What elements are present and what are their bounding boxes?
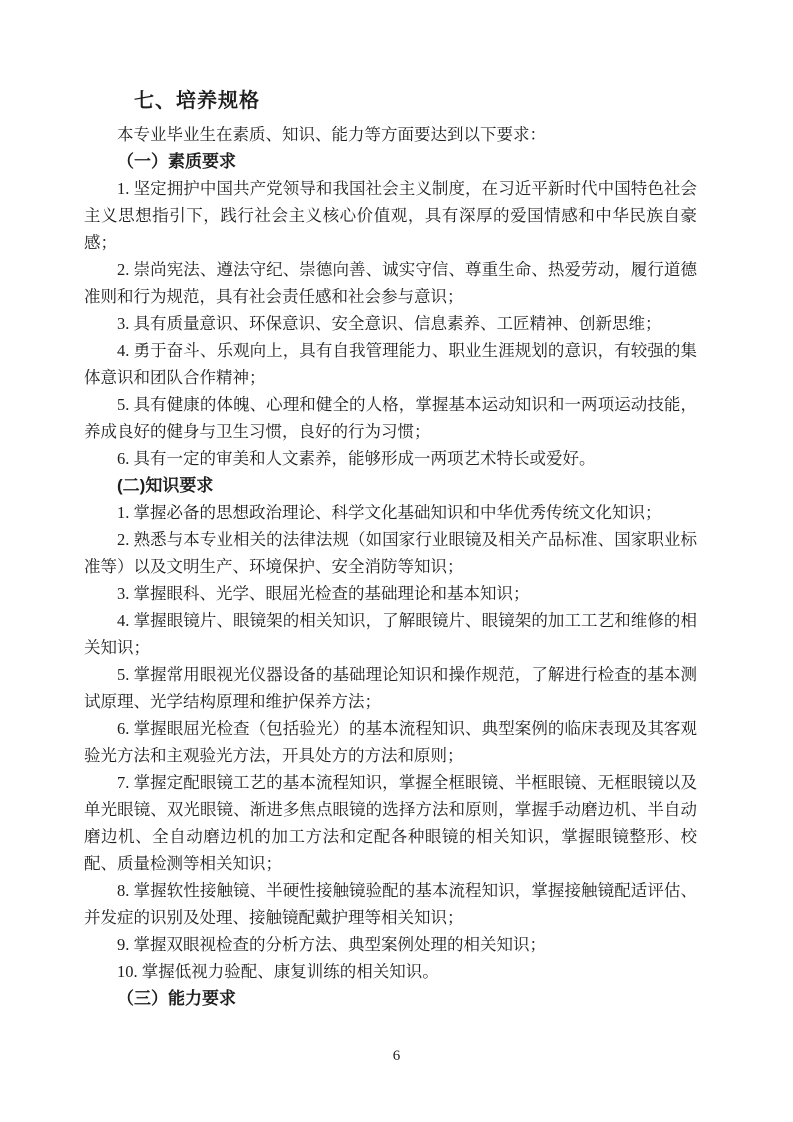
list-item: 1. 掌握必备的思想政治理论、科学文化基础知识和中华优秀传统文化知识； — [84, 499, 697, 526]
list-item: 10. 掌握低视力验配、康复训练的相关知识。 — [84, 958, 697, 985]
list-item: 6. 掌握眼屈光检查（包括验光）的基本流程知识、典型案例的临床表现及其客观验光方… — [84, 715, 697, 769]
intro-paragraph: 本专业毕业生在素质、知识、能力等方面要达到以下要求： — [84, 121, 697, 148]
list-item: 2. 崇尚宪法、遵法守纪、崇德向善、诚实守信、尊重生命、热爱劳动，履行道德准则和… — [84, 256, 697, 310]
section-heading-ability: （三）能力要求 — [84, 985, 697, 1012]
section-heading-knowledge: (二)知识要求 — [84, 472, 697, 499]
list-item: 9. 掌握双眼视检查的分析方法、典型案例处理的相关知识； — [84, 931, 697, 958]
list-item: 2. 熟悉与本专业相关的法律法规（如国家行业眼镜及相关产品标准、国家职业标准等）… — [84, 526, 697, 580]
list-item: 3. 具有质量意识、环保意识、安全意识、信息素养、工匠精神、创新思维； — [84, 310, 697, 337]
document-page: 七、培养规格 本专业毕业生在素质、知识、能力等方面要达到以下要求： （一）素质要… — [0, 0, 793, 1122]
document-content: 七、培养规格 本专业毕业生在素质、知识、能力等方面要达到以下要求： （一）素质要… — [84, 86, 697, 1012]
page-number: 6 — [0, 1046, 793, 1066]
list-item: 5. 掌握常用眼视光仪器设备的基础理论知识和操作规范，了解进行检查的基本测试原理… — [84, 661, 697, 715]
list-item: 3. 掌握眼科、光学、眼屈光检查的基础理论和基本知识； — [84, 580, 697, 607]
page-title: 七、培养规格 — [84, 86, 697, 117]
list-item: 7. 掌握定配眼镜工艺的基本流程知识，掌握全框眼镜、半框眼镜、无框眼镜以及单光眼… — [84, 769, 697, 877]
list-item: 8. 掌握软性接触镜、半硬性接触镜验配的基本流程知识，掌握接触镜配适评估、并发症… — [84, 877, 697, 931]
list-item: 6. 具有一定的审美和人文素养，能够形成一两项艺术特长或爱好。 — [84, 445, 697, 472]
list-item: 4. 勇于奋斗、乐观向上，具有自我管理能力、职业生涯规划的意识，有较强的集体意识… — [84, 337, 697, 391]
list-item: 1. 坚定拥护中国共产党领导和我国社会主义制度，在习近平新时代中国特色社会主义思… — [84, 175, 697, 256]
list-item: 5. 具有健康的体魄、心理和健全的人格，掌握基本运动知识和一两项运动技能，养成良… — [84, 391, 697, 445]
list-item: 4. 掌握眼镜片、眼镜架的相关知识，了解眼镜片、眼镜架的加工工艺和维修的相关知识… — [84, 607, 697, 661]
section-heading-quality: （一）素质要求 — [84, 148, 697, 175]
